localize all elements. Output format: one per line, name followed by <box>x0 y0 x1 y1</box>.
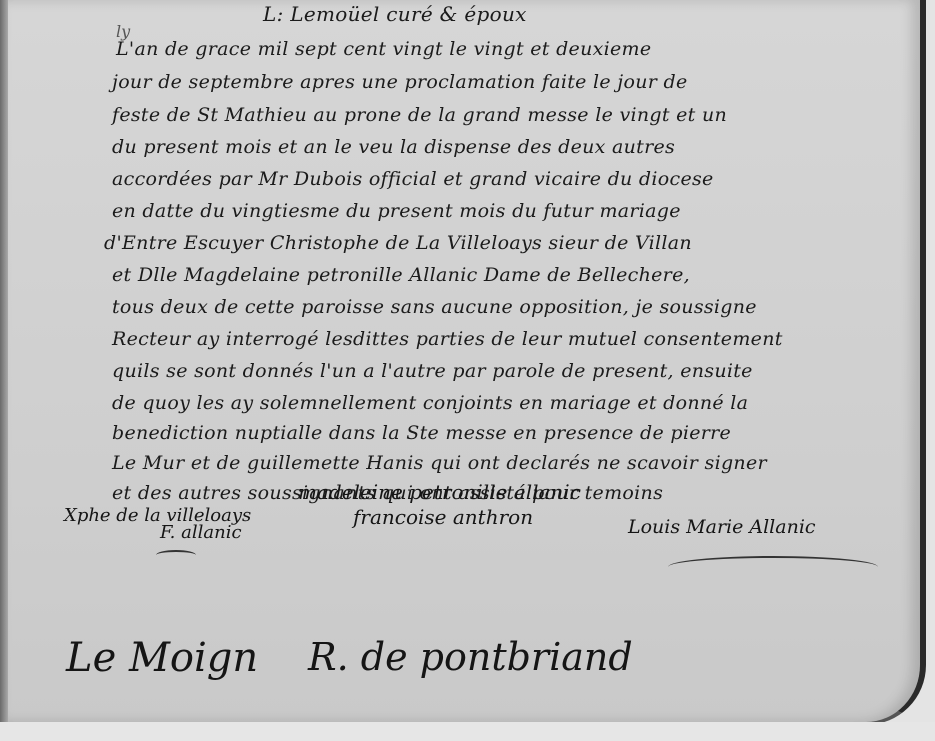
body-line-2: jour de septembre apres une proclamation… <box>112 71 688 93</box>
scan-background <box>0 722 935 741</box>
signature-le-moign: Le Moign <box>66 635 258 681</box>
body-line-1: L'an de grace mil sept cent vingt le vin… <box>116 38 651 60</box>
signature-rector: R. de pontbriand <box>308 635 633 679</box>
body-line-5: accordées par Mr Dubois official et gran… <box>112 168 714 190</box>
body-line-13: benediction nuptialle dans la Ste messe … <box>112 422 731 444</box>
binding-edge <box>0 0 8 741</box>
signature-flourish-small <box>156 550 196 560</box>
entry-header: L: Lemoüel curé & époux <box>263 2 527 26</box>
signature-flourish <box>668 556 878 578</box>
body-line-7: d'Entre Escuyer Christophe de La Villelo… <box>104 232 692 254</box>
body-line-14: Le Mur et de guillemette Hanis qui ont d… <box>112 452 767 474</box>
signature-francoise-anthron: francoise anthron <box>353 505 533 529</box>
signature-bride: madeleine petronille allanic <box>298 480 581 504</box>
scanned-document: L: Lemoüel curé & époux ly L'an de grace… <box>0 0 935 741</box>
signature-f-allanic: F. allanic <box>160 522 242 543</box>
body-line-9: tous deux de cette paroisse sans aucune … <box>112 296 757 318</box>
body-line-12: de quoy les ay solemnellement conjoints … <box>112 392 748 414</box>
body-line-10: Recteur ay interrogé lesdittes parties d… <box>112 328 783 350</box>
body-line-4: du present mois et an le veu la dispense… <box>112 136 675 158</box>
body-line-8: et Dlle Magdelaine petronille Allanic Da… <box>112 264 690 286</box>
signature-louis-marie-allanic: Louis Marie Allanic <box>628 516 816 538</box>
body-line-11: quils se sont donnés l'un a l'autre par … <box>112 360 753 382</box>
body-line-3: feste de St Mathieu au prone de la grand… <box>112 104 727 126</box>
body-line-6: en datte du vingtiesme du present mois d… <box>112 200 681 222</box>
manuscript-page: L: Lemoüel curé & époux ly L'an de grace… <box>8 0 926 725</box>
